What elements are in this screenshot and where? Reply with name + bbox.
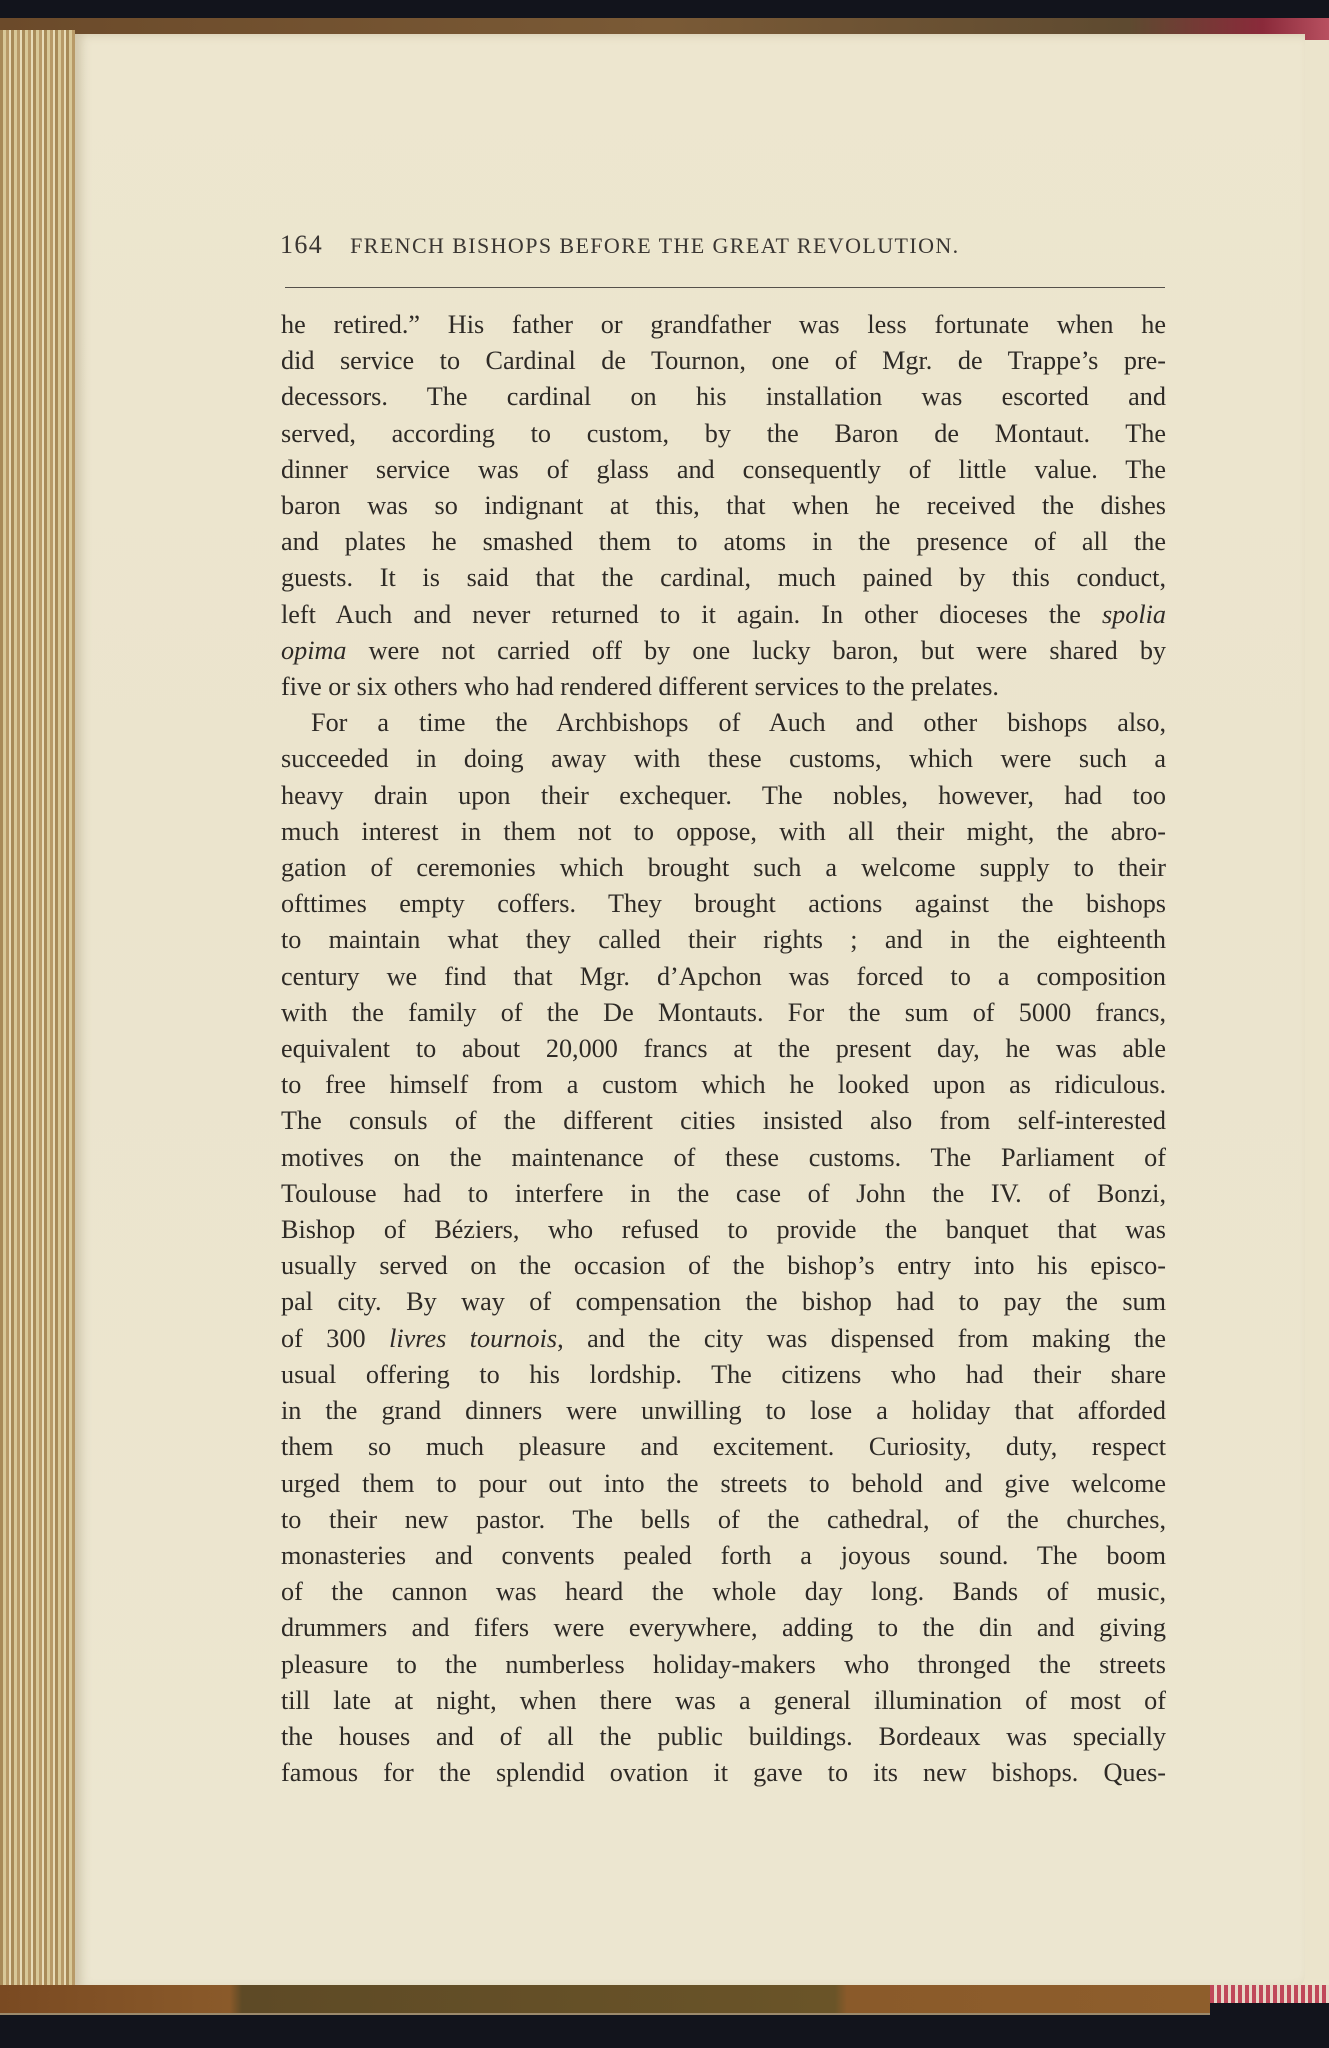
text-line: in the grand dinners were unwilling to l… (281, 1393, 1166, 1429)
text-line: decessors. The cardinal on his installat… (281, 379, 1166, 415)
text-line: monasteries and convents pealed forth a … (281, 1538, 1166, 1574)
text-line: with the family of the De Montauts. For … (281, 995, 1166, 1031)
text-line: of 300 livres tournois, and the city was… (281, 1321, 1166, 1357)
text-line: served, according to custom, by the Baro… (281, 416, 1166, 452)
text-segment: of 300 (281, 1324, 389, 1353)
text-line: opima were not carried off by one lucky … (281, 633, 1166, 669)
running-title: FRENCH BISHOPS BEFORE THE GREAT REVOLUTI… (350, 233, 959, 258)
text-line: Toulouse had to interfere in the case of… (281, 1176, 1166, 1212)
text-line: of the cannon was heard the whole day lo… (281, 1574, 1166, 1610)
text-line: baron was so indignant at this, that whe… (281, 488, 1166, 524)
text-line: urged them to pour out into the streets … (281, 1466, 1166, 1502)
running-head: 164 FRENCH BISHOPS BEFORE THE GREAT REVO… (280, 230, 1170, 260)
text-line: to free himself from a custom which he l… (281, 1067, 1166, 1103)
text-line: he retired.” His father or grandfather w… (281, 307, 1166, 343)
text-line: ofttimes empty coffers. They brought act… (281, 886, 1166, 922)
header-rule (285, 287, 1165, 288)
text-line: and plates he smashed them to atoms in t… (281, 524, 1166, 560)
text-line: pleasure to the numberless holiday-maker… (281, 1647, 1166, 1683)
text-line: The consuls of the different cities insi… (281, 1103, 1166, 1139)
text-line: motives on the maintenance of these cust… (281, 1140, 1166, 1176)
text-line: usual offering to his lordship. The citi… (281, 1357, 1166, 1393)
page-stack-edges (0, 30, 75, 1990)
text-line: drummers and fifers were everywhere, add… (281, 1610, 1166, 1646)
text-line: usually served on the occasion of the bi… (281, 1248, 1166, 1284)
text-segment: left Auch and never returned to it again… (281, 600, 1081, 629)
text-line: five or six others who had rendered diff… (281, 669, 1166, 705)
text-line: century we find that Mgr. d’Apchon was f… (281, 959, 1166, 995)
text-line: gation of ceremonies which brought such … (281, 850, 1166, 886)
text-line: much interest in them not to oppose, wit… (281, 814, 1166, 850)
text-line: did service to Cardinal de Tournon, one … (281, 343, 1166, 379)
italic-term: opima (281, 636, 346, 665)
text-line: to their new pastor. The bells of the ca… (281, 1502, 1166, 1538)
text-line: famous for the splendid ovation it gave … (281, 1755, 1166, 1791)
text-line: For a time the Archbishops of Auch and o… (281, 705, 1166, 741)
text-line: heavy drain upon their exchequer. The no… (281, 778, 1166, 814)
italic-term: livres tournois (389, 1324, 557, 1353)
text-line: till late at night, when there was a gen… (281, 1683, 1166, 1719)
italic-term: spolia (1102, 600, 1166, 629)
text-line: to maintain what they called their right… (281, 922, 1166, 958)
text-line: them so much pleasure and excitement. Cu… (281, 1429, 1166, 1465)
text-line: the houses and of all the public buildin… (281, 1719, 1166, 1755)
page-number: 164 (280, 230, 323, 259)
body-text: he retired.” His father or grandfather w… (281, 307, 1166, 1791)
text-line: left Auch and never returned to it again… (281, 597, 1166, 633)
text-segment: were not carried off by one lucky baron,… (369, 636, 1166, 665)
text-line: equivalent to about 20,000 francs at the… (281, 1031, 1166, 1067)
text-line: guests. It is said that the cardinal, mu… (281, 560, 1166, 596)
text-segment: , and the city was dispensed from making… (557, 1324, 1166, 1353)
book-cover-bottom-edge (0, 1985, 1210, 2015)
text-line: succeeded in doing away with these custo… (281, 741, 1166, 777)
text-line: dinner service was of glass and conseque… (281, 452, 1166, 488)
headband (1210, 1985, 1329, 2003)
text-line: pal city. By way of compensation the bis… (281, 1284, 1166, 1320)
text-line: Bishop of Béziers, who refused to provid… (281, 1212, 1166, 1248)
